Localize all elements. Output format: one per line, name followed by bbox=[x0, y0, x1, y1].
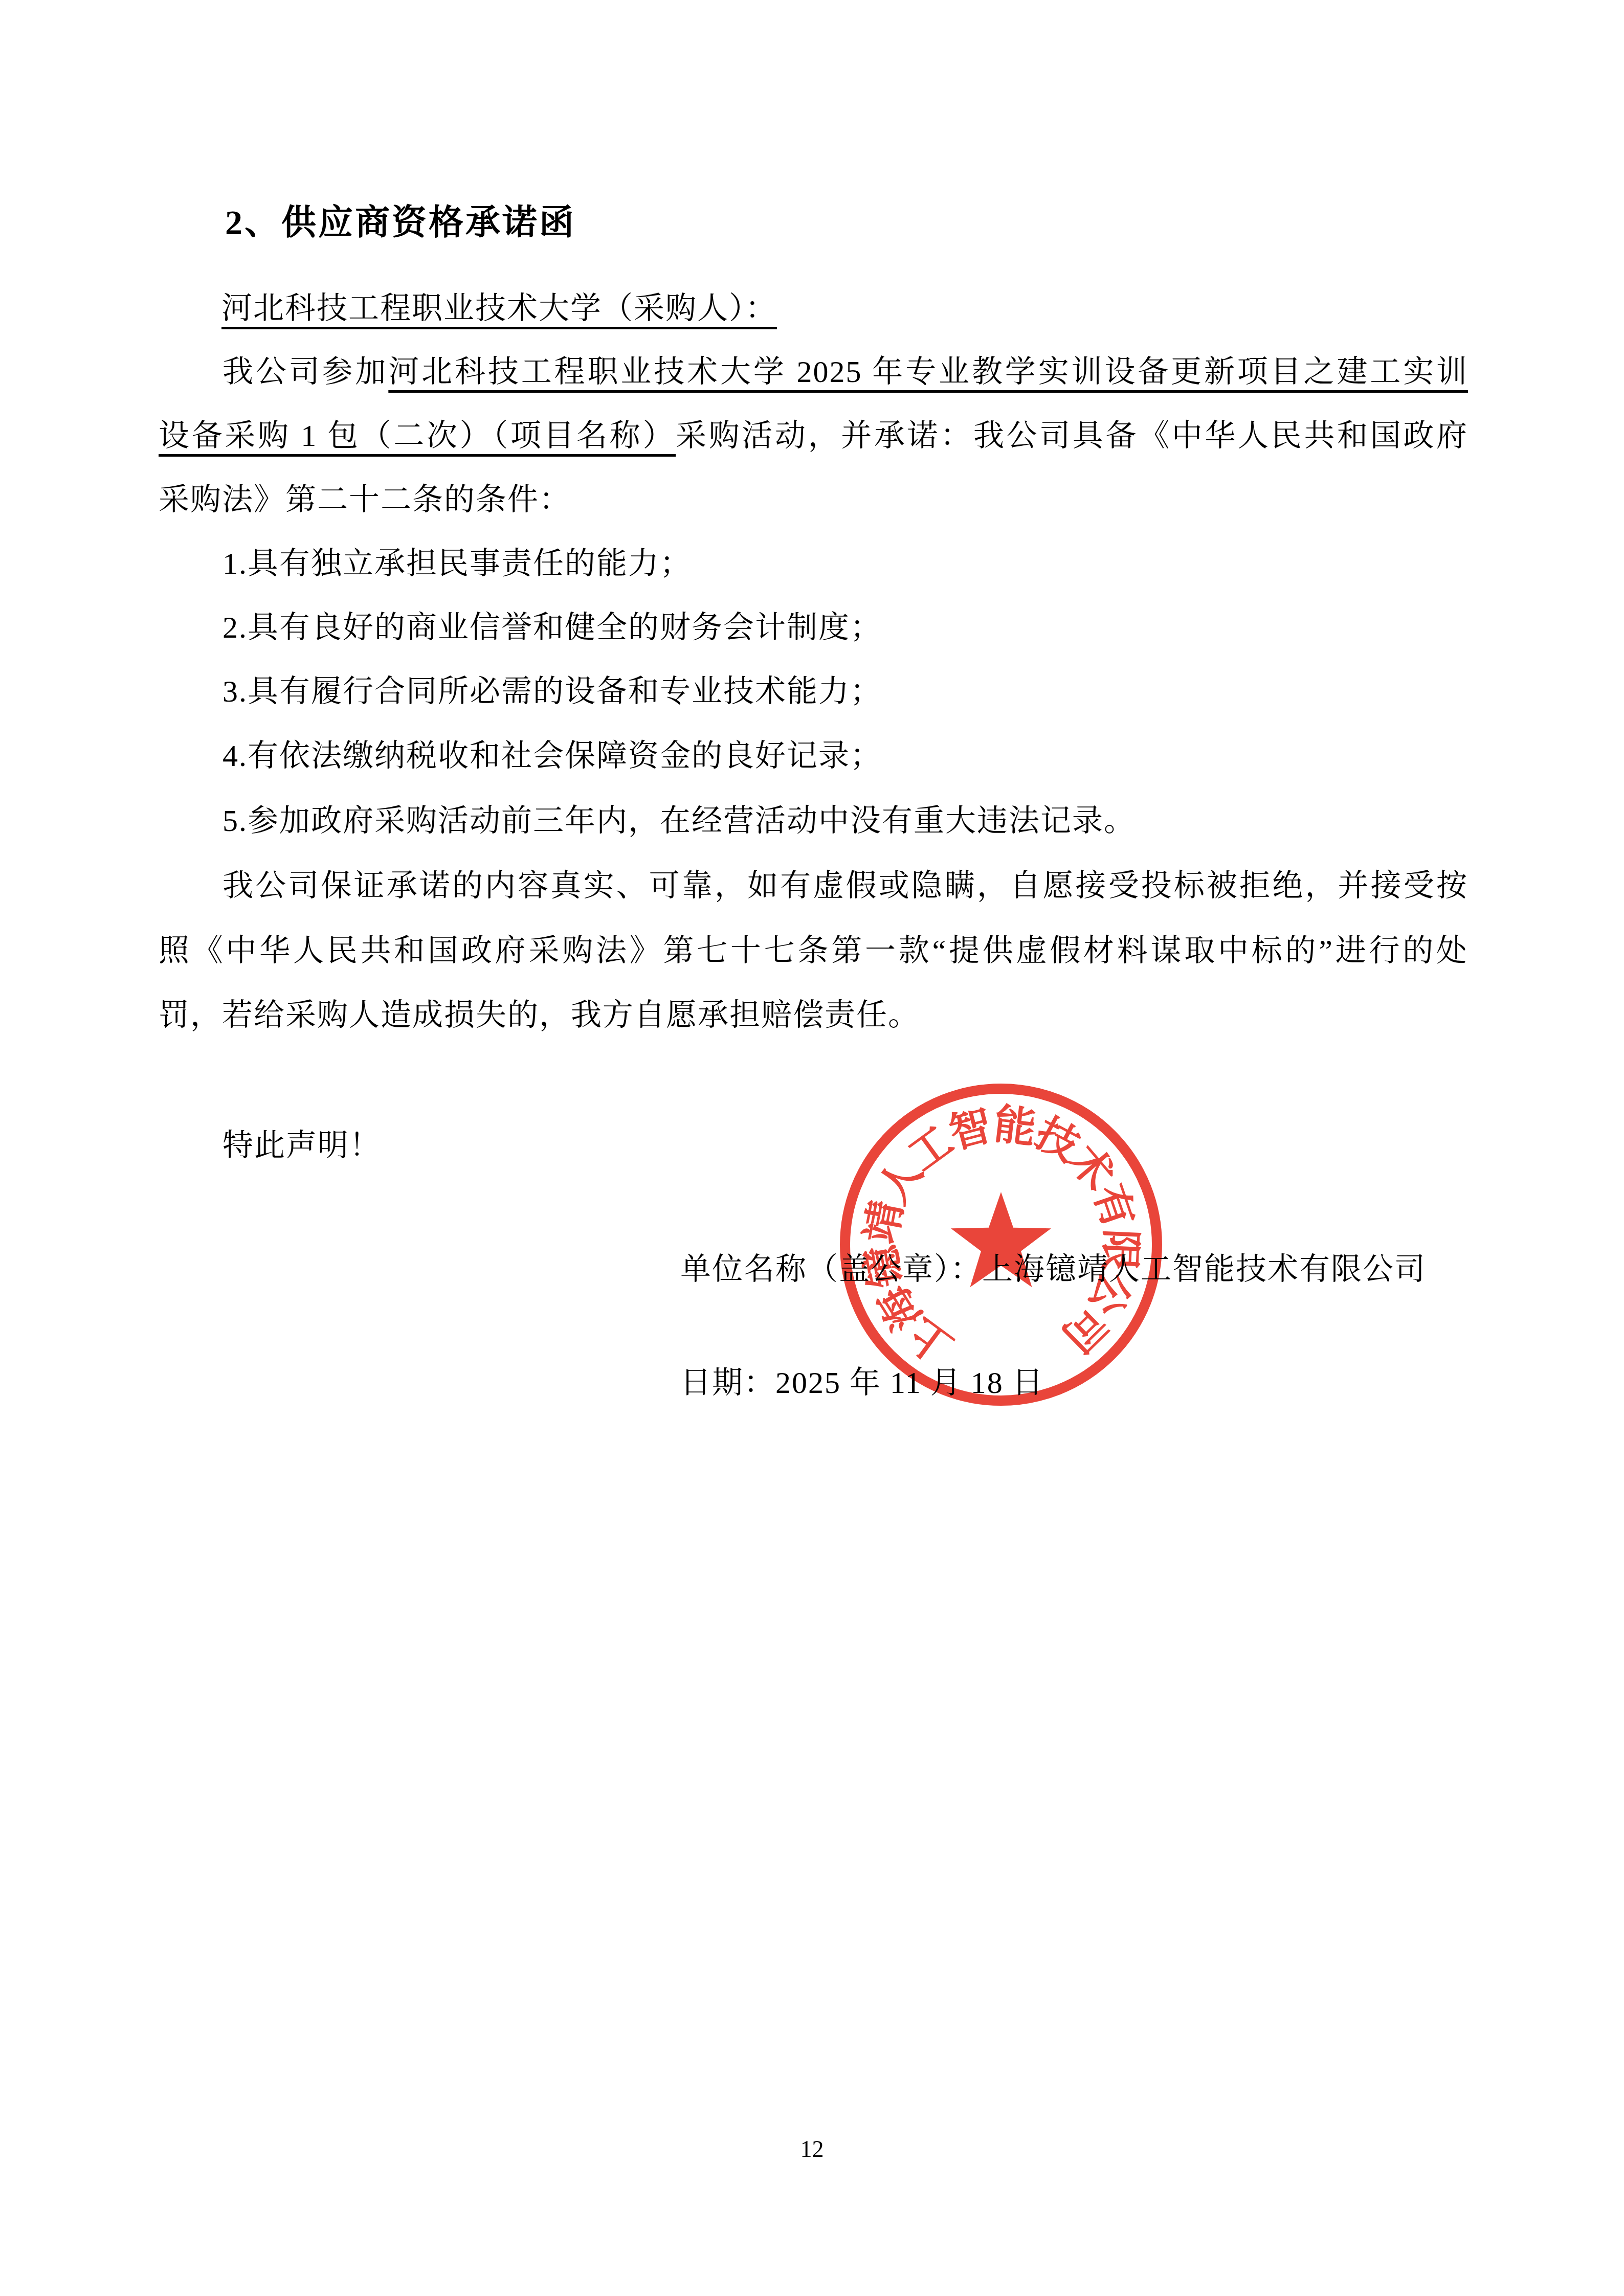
condition-item-5: 5.参加政府采购活动前三年内，在经营活动中没有重大违法记录。 bbox=[223, 803, 1136, 839]
paragraph1-line2-rest: 采购活动，并承诺：我公司具备《中华人民共和国政府 bbox=[676, 419, 1468, 453]
document-title: 2、供应商资格承诺函 bbox=[225, 202, 576, 242]
condition-item-1: 1.具有独立承担民事责任的能力； bbox=[223, 546, 692, 581]
salutation-line: 河北科技工程职业技术大学（采购人）： bbox=[221, 290, 777, 326]
paragraph2-line1: 我公司保证承诺的内容真实、可靠，如有虚假或隐瞒，自愿接受投标被拒绝，并接受按 bbox=[223, 868, 1468, 904]
document-page: 2、供应商资格承诺函 河北科技工程职业技术大学（采购人）： 我公司参加河北科技工… bbox=[0, 0, 1624, 2296]
paragraph1-line3: 采购法》第二十二条的条件： bbox=[159, 482, 571, 517]
condition-item-2: 2.具有良好的商业信誉和健全的财务会计制度； bbox=[223, 610, 882, 645]
paragraph1-line2: 设备采购 1 包（二次）（项目名称）采购活动，并承诺：我公司具备《中华人民共和国… bbox=[159, 418, 1468, 454]
declaration-line: 特此声明！ bbox=[223, 1128, 381, 1163]
seal-star-icon bbox=[951, 1192, 1051, 1287]
paragraph1-line1: 我公司参加河北科技工程职业技术大学 2025 年专业教学实训设备更新项目之建工实… bbox=[223, 354, 1468, 390]
project-name-underlined-part2: 设备采购 1 包（二次）（项目名称） bbox=[159, 419, 676, 453]
condition-item-4: 4.有依法缴纳税收和社会保障资金的良好记录； bbox=[223, 738, 882, 774]
paragraph1-lead: 我公司参加 bbox=[223, 355, 388, 389]
page-number: 12 bbox=[0, 2135, 1624, 2163]
project-name-underlined-part1: 河北科技工程职业技术大学 2025 年专业教学实训设备更新项目之建工实训 bbox=[388, 355, 1468, 389]
company-seal-stamp: 上海镱靖人工智能技术有限公司 bbox=[827, 1071, 1175, 1419]
paragraph2-line3: 罚，若给采购人造成损失的，我方自愿承担赔偿责任。 bbox=[159, 997, 920, 1033]
condition-item-3: 3.具有履行合同所必需的设备和专业技术能力； bbox=[223, 673, 882, 709]
paragraph2-line2: 照《中华人民共和国政府采购法》第七十七条第一款“提供虚假材料谋取中标的”进行的处 bbox=[159, 933, 1468, 969]
